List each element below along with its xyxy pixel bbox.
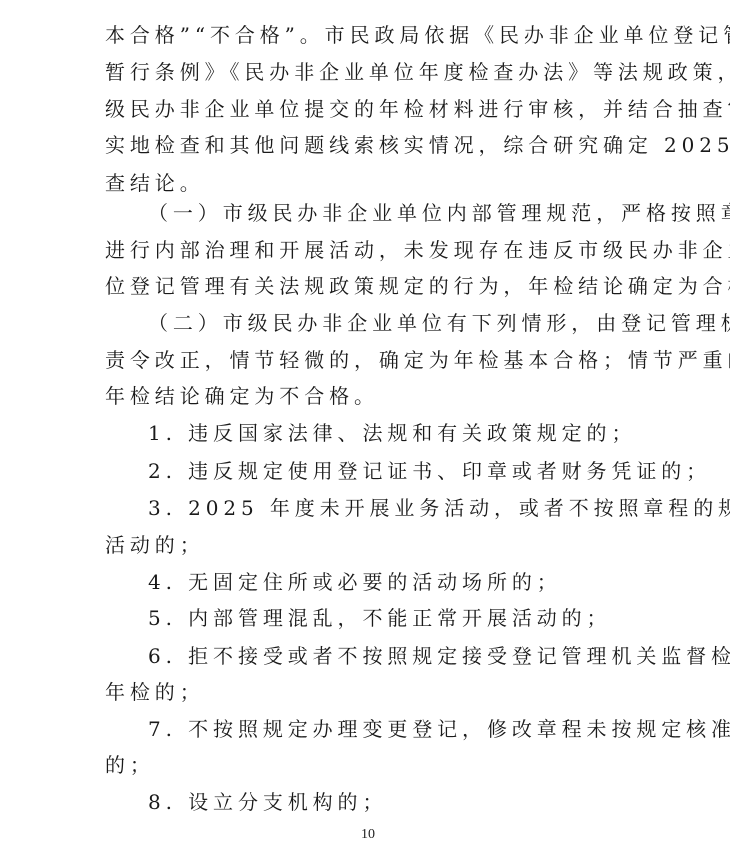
list-item-1: 1. 违反国家法律、法规和有关政策规定的； [148, 420, 688, 446]
list-item-3-line-2: 活动的； [105, 532, 645, 558]
list-item-7-line-1: 7. 不按照规定办理变更登记，修改章程未按规定核准备案 [148, 716, 688, 742]
list-item-3-line-1: 3. 2025 年度未开展业务活动，或者不按照章程的规定进行 [148, 495, 688, 521]
paragraph-intro-line-5: 查结论。 [105, 170, 645, 196]
section-one-line-3: 位登记管理有关法规政策规定的行为，年检结论确定为合格。 [105, 273, 645, 299]
list-item-8: 8. 设立分支机构的； [148, 789, 688, 815]
list-item-5: 5. 内部管理混乱，不能正常开展活动的； [148, 605, 688, 631]
list-item-4: 4. 无固定住所或必要的活动场所的； [148, 569, 688, 595]
list-item-2: 2. 违反规定使用登记证书、印章或者财务凭证的； [148, 458, 688, 484]
section-one-line-1: （一）市级民办非企业单位内部管理规范，严格按照章程 [148, 200, 688, 226]
paragraph-intro-line-2: 暂行条例》《民办非企业单位年度检查办法》等法规政策，对市 [105, 59, 645, 85]
section-two-line-1: （二）市级民办非企业单位有下列情形，由登记管理机关 [148, 310, 688, 336]
paragraph-intro-line-4: 实地检查和其他问题线索核实情况，综合研究确定 2025 年度检 [105, 132, 645, 158]
section-one-line-2: 进行内部治理和开展活动，未发现存在违反市级民办非企业单 [105, 237, 645, 263]
list-item-7-line-2: 的； [105, 752, 645, 778]
paragraph-intro-line-1: 本合格”“不合格”。市民政局依据《民办非企业单位登记管理 [105, 22, 645, 48]
list-item-6-line-1: 6. 拒不接受或者不按照规定接受登记管理机关监督检查或 [148, 643, 688, 669]
section-two-line-3: 年检结论确定为不合格。 [105, 383, 645, 409]
page-number: 10 [345, 826, 391, 844]
paragraph-intro-line-3: 级民办非企业单位提交的年检材料进行审核，并结合抽查审计、 [105, 96, 645, 122]
document-page: 本合格”“不合格”。市民政局依据《民办非企业单位登记管理 暂行条例》《民办非企业… [0, 0, 730, 855]
section-two-line-2: 责令改正，情节轻微的，确定为年检基本合格；情节严重的， [105, 347, 645, 373]
list-item-6-line-2: 年检的； [105, 679, 645, 705]
